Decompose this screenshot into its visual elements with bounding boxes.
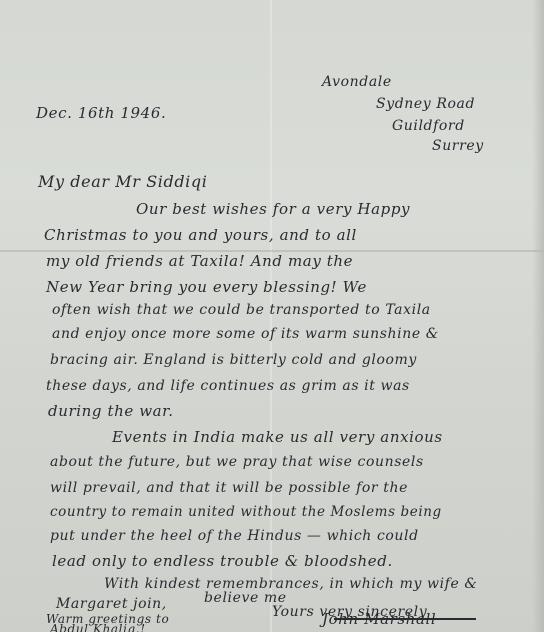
body-line: With kindest remembrances, in which my w…	[104, 576, 477, 592]
body-line: Christmas to you and yours, and to all	[44, 226, 357, 244]
address-line-3: Guildford	[392, 118, 465, 134]
body-line: Our best wishes for a very Happy	[136, 200, 410, 218]
body-line: New Year bring you every blessing! We	[46, 278, 367, 296]
paper-edge	[532, 0, 544, 632]
body-line: Events in India make us all very anxious	[112, 428, 443, 446]
body-line: country to remain united without the Mos…	[50, 504, 442, 520]
letter-date: Dec. 16th 1946.	[36, 104, 166, 122]
address-line-4: Surrey	[432, 138, 484, 154]
body-line: about the future, but we pray that wise …	[50, 454, 424, 470]
address-line-1: Avondale	[322, 74, 392, 90]
body-line: often wish that we could be transported …	[52, 302, 431, 318]
body-line: and enjoy once more some of its warm sun…	[52, 326, 439, 342]
body-line: my old friends at Taxila! And may the	[46, 252, 353, 270]
address-line-2: Sydney Road	[376, 96, 475, 112]
body-line: put under the heel of the Hindus — which…	[50, 528, 419, 544]
body-line: bracing air. England is bitterly cold an…	[50, 352, 417, 368]
letter-page: Avondale Sydney Road Guildford Surrey De…	[0, 0, 544, 632]
body-line: lead only to endless trouble & bloodshed…	[52, 552, 393, 570]
body-line: during the war.	[48, 402, 174, 420]
postscript-line: Margaret join,	[56, 596, 167, 612]
body-line: will prevail, and that it will be possib…	[50, 480, 408, 496]
postscript-line: Abdul Khaliq.!	[50, 624, 146, 632]
salutation: My dear Mr Siddiqi	[38, 172, 207, 191]
body-line: these days, and life continues as grim a…	[46, 378, 410, 394]
signature-underline	[334, 618, 476, 620]
